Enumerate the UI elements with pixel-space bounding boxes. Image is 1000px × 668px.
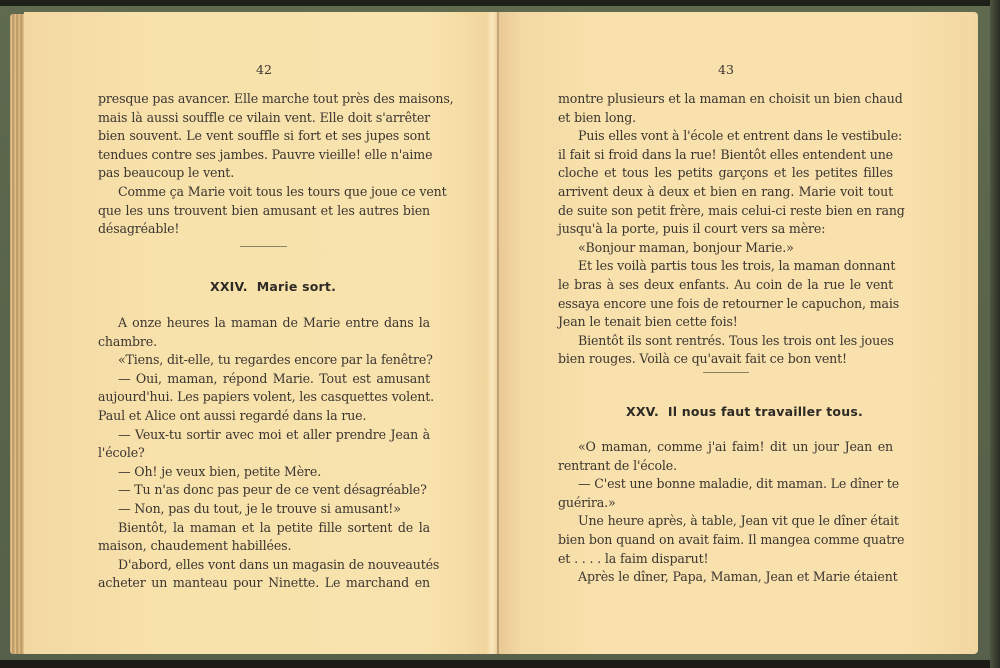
text-line: Bientôt, la maman et la petite fille sor… [98,519,430,538]
text-line: désagréable! [98,220,430,239]
chapter-heading-xxv: XXV.Il nous faut travailler tous. [626,404,863,419]
text-line: — Non, pas du tout, je le trouve si amus… [98,500,430,519]
cover-bottom-shadow [0,660,1000,668]
text-line: cloche et tous les petits garçons et les… [558,164,893,183]
chapter-heading-xxiv: XXIV.Marie sort. [210,279,336,294]
chapter-number: XXIV. [210,279,248,294]
chapter-title: Il nous faut travailler tous. [668,404,863,419]
section-divider [703,372,749,373]
text-line: — Veux-tu sortir avec moi et aller prend… [98,426,430,445]
gutter-highlight [486,12,496,654]
book-gutter [497,12,499,654]
text-line: acheter un manteau pour Ninette. Le marc… [98,574,430,593]
text-line: aujourd'hui. Les papiers volent, les cas… [98,388,430,407]
text-line: Comme ça Marie voit tous les tours que j… [98,183,430,202]
text-line: tendues contre ses jambes. Pauvre vieill… [98,146,430,165]
text-line: chambre. [98,333,430,352]
text-line: Bientôt ils sont rentrés. Tous les trois… [558,332,893,351]
text-line: bien bon quand on avait faim. Il mangea … [558,531,893,550]
text-line: Paul et Alice ont aussi regardé dans la … [98,407,430,426]
text-line: il fait si froid dans la rue! Bientôt el… [558,146,893,165]
text-line: le bras à ses deux enfants. Au coin de l… [558,276,893,295]
text-line: mais là aussi souffle ce vilain vent. El… [98,109,430,128]
text-line: A onze heures la maman de Marie entre da… [98,314,430,333]
page-number-right: 43 [718,62,734,77]
text-line: Une heure après, à table, Jean vit que l… [558,512,893,531]
right-continued-text: montre plusieurs et la maman en choisit … [558,90,893,369]
text-line: guérira.» [558,494,893,513]
text-line: bien souvent. Le vent souffle si fort et… [98,127,430,146]
text-line: que les uns trouvent bien amusant et les… [98,202,430,221]
text-line: rentrant de l'école. [558,457,893,476]
chapter-title: Marie sort. [257,279,336,294]
text-line: — Oh! je veux bien, petite Mère. [98,463,430,482]
text-line: jusqu'à la porte, puis il court vers sa … [558,220,893,239]
text-line: — C'est une bonne maladie, dit maman. Le… [558,475,893,494]
left-chapter-text: A onze heures la maman de Marie entre da… [98,314,430,593]
text-line: arrivent deux à deux et bien en rang. Ma… [558,183,893,202]
text-line: «O maman, comme j'ai faim! dit un jour J… [558,438,893,457]
page-number-left: 42 [256,62,272,77]
cover-right-edge [990,0,1000,668]
text-line: presque pas avancer. Elle marche tout pr… [98,90,430,109]
text-line: de suite son petit frère, mais celui-ci … [558,202,893,221]
left-continued-text: presque pas avancer. Elle marche tout pr… [98,90,430,239]
text-line: et bien long. [558,109,893,128]
text-line: Jean le tenait bien cette fois! [558,313,893,332]
text-line: Puis elles vont à l'école et entrent dan… [558,127,893,146]
text-line: Après le dîner, Papa, Maman, Jean et Mar… [558,568,893,587]
text-line: l'école? [98,444,430,463]
text-line: bien rouges. Voilà ce qu'avait fait ce b… [558,350,893,369]
text-line: Et les voilà partis tous les trois, la m… [558,257,893,276]
cover-top-shadow [0,0,1000,6]
text-line: pas beaucoup le vent. [98,164,430,183]
text-line: D'abord, elles vont dans un magasin de n… [98,556,430,575]
text-line: — Tu n'as donc pas peur de ce vent désag… [98,481,430,500]
section-divider [240,246,287,247]
chapter-number: XXV. [626,404,659,419]
text-line: et . . . . la faim disparut! [558,550,893,569]
text-line: — Oui, maman, répond Marie. Tout est amu… [98,370,430,389]
right-chapter-text: «O maman, comme j'ai faim! dit un jour J… [558,438,893,587]
text-line: montre plusieurs et la maman en choisit … [558,90,893,109]
text-line: «Tiens, dit-elle, tu regardes encore par… [98,351,430,370]
text-line: «Bonjour maman, bonjour Marie.» [558,239,893,258]
text-line: maison, chaudement habillées. [98,537,430,556]
text-line: essaya encore une fois de retourner le c… [558,295,893,314]
